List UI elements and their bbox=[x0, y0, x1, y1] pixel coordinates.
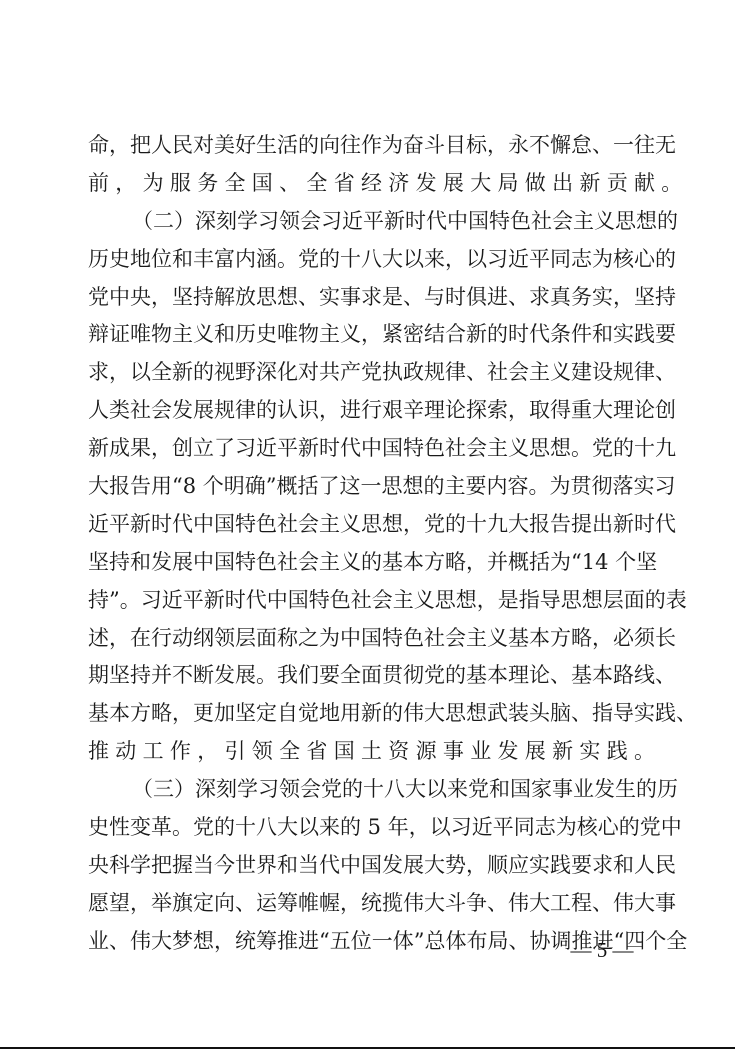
text-line: 近平新时代中国特色社会主义思想，党的十九大报告提出新时代 bbox=[88, 506, 646, 544]
document-page: 命，把人民对美好生活的向往作为奋斗目标，永不懈怠、一往无 前，为服务全国、全省经… bbox=[0, 0, 735, 1050]
text-line: 人类社会发展规律的认识，进行艰辛理论探索，取得重大理论创 bbox=[88, 392, 646, 430]
text-line: 史性变革。党的十八大以来的 5 年，以习近平同志为核心的党中 bbox=[88, 809, 646, 847]
text-line: 述，在行动纲领层面称之为中国特色社会主义基本方略，必须长 bbox=[88, 620, 646, 658]
text-line: 新成果，创立了习近平新时代中国特色社会主义思想。党的十九 bbox=[88, 430, 646, 468]
text-line: 持”。习近平新时代中国特色社会主义思想，是指导思想层面的表 bbox=[88, 582, 646, 620]
text-line: 期坚持并不断发展。我们要全面贯彻党的基本理论、基本路线、 bbox=[88, 657, 646, 695]
section-heading-line: （三）深刻学习领会党的十八大以来党和国家事业发生的历 bbox=[88, 771, 646, 809]
text-line: 党中央，坚持解放思想、实事求是、与时俱进、求真务实，坚持 bbox=[88, 279, 646, 317]
text-line: 愿望，举旗定向、运筹帷幄，统揽伟大斗争、伟大工程、伟大事 bbox=[88, 885, 646, 923]
text-line: 推动工作，引领全省国土资源事业发展新实践。 bbox=[88, 733, 646, 771]
section-heading-line: （二）深刻学习领会习近平新时代中国特色社会主义思想的 bbox=[88, 203, 646, 241]
page-bottom-rule bbox=[0, 1047, 735, 1049]
text-line: 央科学把握当今世界和当代中国发展大势，顺应实践要求和人民 bbox=[88, 847, 646, 885]
text-line: 基本方略，更加坚定自觉地用新的伟大思想武装头脑、指导实践、 bbox=[88, 695, 646, 733]
text-line: 坚持和发展中国特色社会主义的基本方略，并概括为“14 个坚 bbox=[88, 544, 646, 582]
page-number: — 5 — bbox=[566, 937, 638, 963]
text-line: 求，以全新的视野深化对共产党执政规律、社会主义建设规律、 bbox=[88, 354, 646, 392]
body-text: 命，把人民对美好生活的向往作为奋斗目标，永不懈怠、一往无 前，为服务全国、全省经… bbox=[88, 127, 646, 961]
text-line: 历史地位和丰富内涵。党的十八大以来，以习近平同志为核心的 bbox=[88, 241, 646, 279]
text-line: 辩证唯物主义和历史唯物主义，紧密结合新的时代条件和实践要 bbox=[88, 316, 646, 354]
text-line: 命，把人民对美好生活的向往作为奋斗目标，永不懈怠、一往无 bbox=[88, 127, 646, 165]
text-line: 大报告用“8 个明确”概括了这一思想的主要内容。为贯彻落实习 bbox=[88, 468, 646, 506]
text-line: 业、伟大梦想，统筹推进“五位一体”总体布局、协调推进“四个全 bbox=[88, 923, 646, 961]
text-line: 前，为服务全国、全省经济发展大局做出新贡献。 bbox=[88, 165, 646, 203]
